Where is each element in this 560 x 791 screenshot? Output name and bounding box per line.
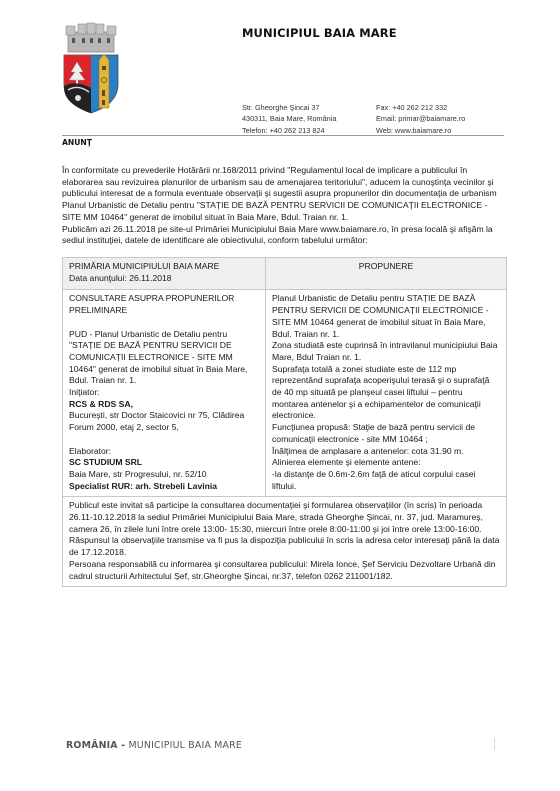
notice-table: PRIMĂRIA MUNICIPIULUI BAIA MARE Data anu… (62, 257, 507, 587)
municipality-title: MUNICIPIUL BAIA MARE (242, 26, 397, 40)
initiator-address: Bucureşti, str Doctor Staicovici nr 75, … (69, 410, 259, 433)
proposal-line: Alinierea elemente şi elemente antene: (272, 457, 500, 469)
notice-title: ANUNŢ (62, 138, 92, 147)
footer-country: ROMÂNIA - (66, 740, 125, 751)
table-header-row: PRIMĂRIA MUNICIPIULUI BAIA MARE Data anu… (63, 258, 506, 289)
proposal-line: Înălţimea de amplasare a antenelor: cota… (272, 446, 500, 458)
address-block: Str. Gheorghe Şincai 37 430311, Baia Mar… (242, 102, 336, 136)
intro-paragraph: Publicăm azi 26.11.2018 pe site-ul Primă… (62, 224, 507, 247)
table-row-public-info: Publicul este invitat să participe la co… (63, 496, 506, 586)
public-info-cell: Publicul este invitat să participe la co… (63, 497, 506, 586)
footer-divider (494, 738, 495, 750)
responsible-person: Persoana responsabilă cu informarea şi c… (69, 559, 500, 582)
header-cell-proposal: PROPUNERE (266, 258, 506, 289)
table-row: CONSULTARE ASUPRA PROPUNERILOR PRELIMINA… (63, 289, 506, 496)
proposal-line: -la distanţe de 0.6m-2.6m faţă de aticul… (272, 469, 500, 492)
elaborator-address: Baia Mare, str Progresului, nr. 52/10 (69, 469, 259, 481)
proposal-line: Planul Urbanistic de Detaliu pentru STAȚ… (272, 293, 500, 340)
specialist-name: Specialist RUR: arh. Strebeli Lavinia (69, 481, 259, 493)
institution-name: PRIMĂRIA MUNICIPIULUI BAIA MARE (69, 261, 259, 273)
public-invitation: Publicul este invitat să participe la co… (69, 500, 500, 535)
proposal-line: Funcţiunea propusă: Staţie de bază pentr… (272, 422, 500, 445)
address-city: 430311, Baia Mare, România (242, 113, 336, 124)
contact-block: Fax: +40 262 212 332 Email: primar@baiam… (376, 102, 465, 136)
elaborator-name: SC STUDIUM SRL (69, 457, 259, 469)
footer-municipality: MUNICIPIUL BAIA MARE (125, 740, 242, 751)
intro-text: În conformitate cu prevederile Hotărârii… (62, 165, 507, 247)
proposal-line: Suprafaţa totală a zonei studiate este d… (272, 364, 500, 423)
initiator-label: Iniţiator: (69, 387, 259, 399)
elaborator-label: Elaborator: (69, 446, 259, 458)
consultation-cell: CONSULTARE ASUPRA PROPUNERILOR PRELIMINA… (63, 290, 266, 496)
notice-date: Data anunţului: 26.11.2018 (69, 273, 259, 285)
consultation-title: CONSULTARE ASUPRA PROPUNERILOR PRELIMINA… (69, 293, 259, 316)
proposal-line: Zona studiată este cuprinsă în intravila… (272, 340, 500, 363)
contact-email: Email: primar@baiamare.ro (376, 113, 465, 124)
contact-fax: Fax: +40 262 212 332 (376, 102, 465, 113)
initiator-name: RCS & RDS SA, (69, 399, 259, 411)
intro-paragraph: În conformitate cu prevederile Hotărârii… (62, 165, 507, 224)
page-footer: ROMÂNIA - MUNICIPIUL BAIA MARE (66, 740, 242, 751)
header-cell-institution: PRIMĂRIA MUNICIPIULUI BAIA MARE Data anu… (63, 258, 266, 289)
response-info: Răspunsul la observaţiile transmise va f… (69, 535, 500, 558)
coat-of-arms-icon (62, 22, 120, 114)
header-divider (62, 135, 504, 136)
proposal-cell: Planul Urbanistic de Detaliu pentru STAȚ… (266, 290, 506, 496)
pud-description: PUD - Planul Urbanistic de Detaliu pentr… (69, 329, 259, 388)
address-street: Str. Gheorghe Şincai 37 (242, 102, 336, 113)
